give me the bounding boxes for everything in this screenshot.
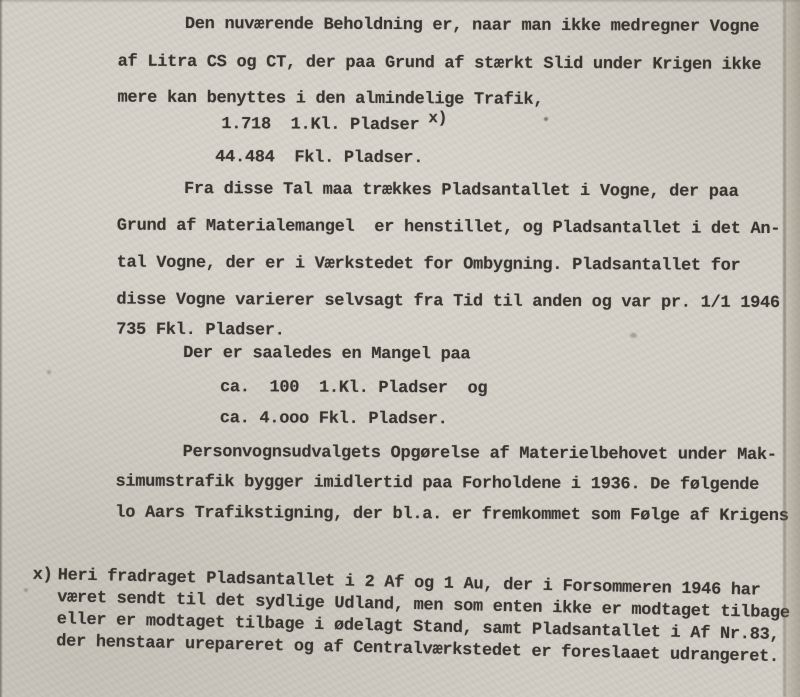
text-line: 1.718 1.Kl. Pladserx): [221, 114, 447, 136]
ink-speck: [47, 370, 51, 374]
text-line: Fra disse Tal maa trækkes Pladsantallet …: [184, 180, 739, 203]
text-line: Grund af Materialemangel er henstillet, …: [117, 217, 781, 240]
text-line: tal Vogne, der er i Værkstedet for Ombyg…: [117, 254, 741, 277]
ink-smudge: [630, 333, 637, 338]
line-text: 1.718 1.Kl. Pladser: [221, 115, 419, 135]
page-top-shadow: [0, 0, 800, 3]
text-line: af Litra CS og CT, der paa Grund af stær…: [118, 53, 762, 76]
footnote: x) Heri fradraget Pladsantallet i 2 Af o…: [0, 560, 800, 697]
ink-speck: [544, 117, 548, 121]
text-line: ca. 4.ooo Fkl. Pladser.: [220, 409, 448, 430]
body-text: Den nuværende Beholdning er, naar man ik…: [0, 0, 800, 564]
page-right-edge: [785, 0, 800, 697]
ink-speck: [24, 588, 28, 592]
page: Den nuværende Beholdning er, naar man ik…: [0, 0, 800, 697]
text-line: mere kan benyttes i den almindelige Traf…: [117, 89, 543, 111]
footnote-marker: x): [32, 566, 52, 586]
page-left-edge: [0, 0, 3, 697]
text-line: ca. 100 1.Kl. Pladser og: [220, 378, 487, 399]
text-line: 44.484 Fkl. Pladser.: [215, 148, 423, 169]
text-line: Der er saaledes en Mangel paa: [183, 344, 470, 366]
text-line: Den nuværende Beholdning er, naar man ik…: [185, 15, 759, 38]
text-line: simumstrafik bygger imidlertid paa Forho…: [115, 473, 759, 496]
footnote-ref-mark: x): [428, 109, 447, 127]
text-line: disse Vogne varierer selvsagt fra Tid ti…: [116, 291, 780, 314]
text-line: 735 Fkl. Pladser.: [116, 321, 284, 342]
text-line: lo Aars Trafikstigning, der bl.a. er fre…: [115, 504, 788, 528]
text-line: Personvognsudvalgets Opgørelse af Materi…: [183, 443, 777, 466]
